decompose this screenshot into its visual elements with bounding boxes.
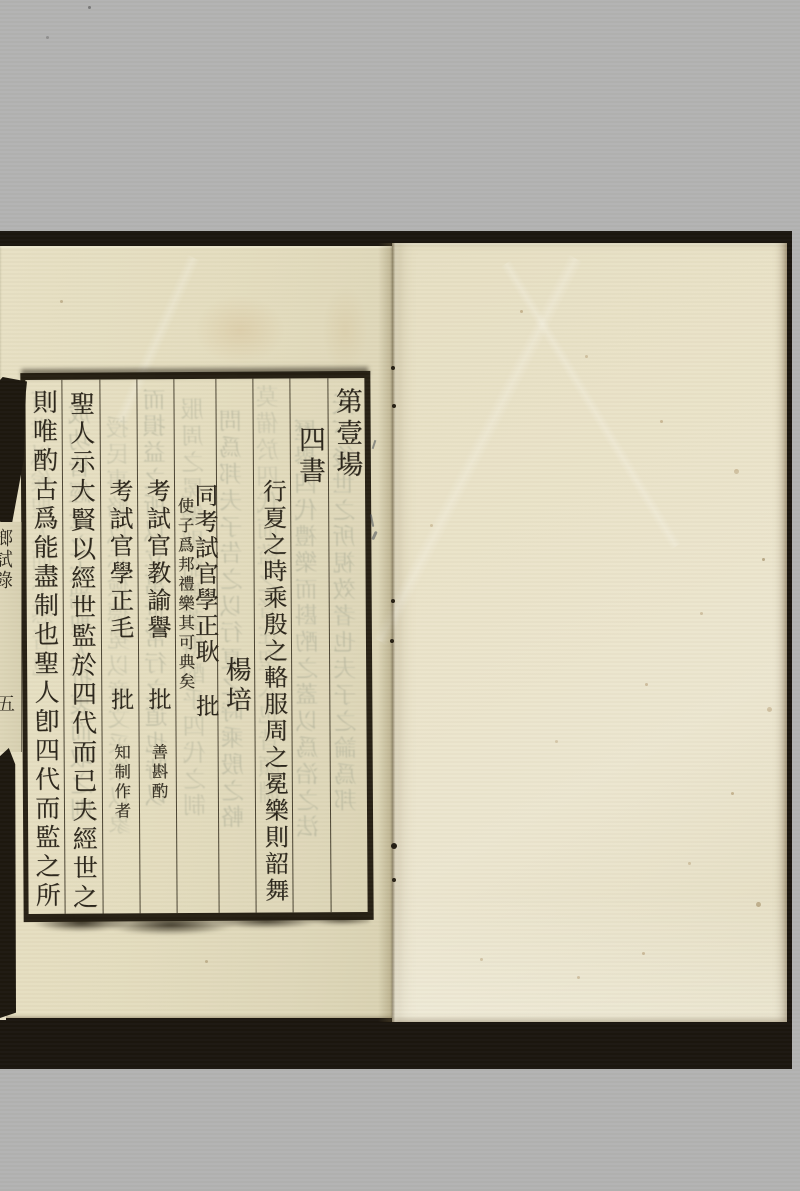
session-heading: 第壹場 (333, 378, 363, 912)
column-examiner-2: 考試官教諭譽 批 善斟酌 (136, 379, 177, 913)
examiner-1-title: 同考試官學正耿 (192, 483, 217, 665)
question-text: 行夏之時乘殷之輅服周之冕樂則韶舞 (260, 378, 287, 912)
examiner-3-title: 考試官學正毛 (107, 478, 132, 642)
examiner-3: 考試官學正毛 批 知制作者 (106, 379, 133, 913)
paper-stain (322, 285, 368, 375)
section-heading: 四書 (295, 378, 325, 912)
examiner-2-title: 考試官教諭譽 (144, 478, 169, 642)
column-section: 四書 (290, 378, 331, 912)
essay-line-1: 聖人示大賢以經世監於四代而已夫經世之 (68, 380, 96, 914)
essay-line-2: 則唯酌古爲能盡制也聖人卽四代而監之所 (31, 380, 59, 914)
foxing-spots (0, 0, 3, 3)
fold-strip: 鄉試錄 五 (0, 522, 22, 752)
column-essay-2: 則唯酌古爲能盡制也聖人卽四代而監之所 (25, 380, 65, 914)
examiner-3-mark: 批 (108, 687, 131, 710)
examiner-1-mark: 批 (193, 694, 216, 717)
candidate-name: 楊培 (221, 379, 250, 913)
ink-smear-bottom (27, 912, 370, 944)
paper-stain (195, 295, 285, 365)
examiner-2-comment: 善斟酌 (149, 743, 166, 802)
column-session: 第壹場 (327, 378, 368, 912)
examiner-1-comment: 使子爲邦禮樂其可典矣 (175, 497, 193, 692)
spine-crease (378, 243, 400, 1022)
stitch-holes (391, 366, 395, 370)
fold-strip-page-number: 五 (0, 694, 17, 712)
text-frame: 天下後世之所視效者也夫子之論爲邦 歷舉四代禮樂而斟酌之蓋以爲治之法 莫備於四代而… (20, 371, 373, 922)
examiner-3-comment: 知制作者 (112, 743, 129, 821)
ink-smear-top (21, 367, 368, 378)
examiner-2: 考試官教諭譽 批 善斟酌 (143, 379, 170, 913)
column-examiner-1: 同考試官學正耿 批 使子爲邦禮樂其可典矣 (174, 379, 219, 913)
fore-edge-shadow-lower (0, 748, 16, 1018)
column-examiner-3: 考試官學正毛 批 知制作者 (99, 379, 140, 913)
page-right-blank (392, 243, 787, 1022)
column-essay-1: 聖人示大賢以經世監於四代而已夫經世之 (62, 380, 103, 914)
book-scan: 天下後世之所視效者也夫子之論爲邦 歷舉四代禮樂而斟酌之蓋以爲治之法 莫備於四代而… (0, 0, 800, 1191)
column-candidate: 楊培 (215, 379, 256, 913)
page-right-sheen (392, 892, 787, 1022)
examiner-1: 同考試官學正耿 批 使子爲邦禮樂其可典矣 (175, 379, 219, 913)
printed-columns: 第壹場 四書 行夏之時乘殷之輅服周之冕樂則韶舞 楊培 同考試官學正耿 批 使子爲… (25, 378, 367, 914)
examiner-2-mark: 批 (145, 687, 168, 710)
fold-strip-title: 鄉試錄 (0, 528, 16, 591)
column-question: 行夏之時乘殷之輅服周之冕樂則韶舞 (252, 378, 293, 912)
